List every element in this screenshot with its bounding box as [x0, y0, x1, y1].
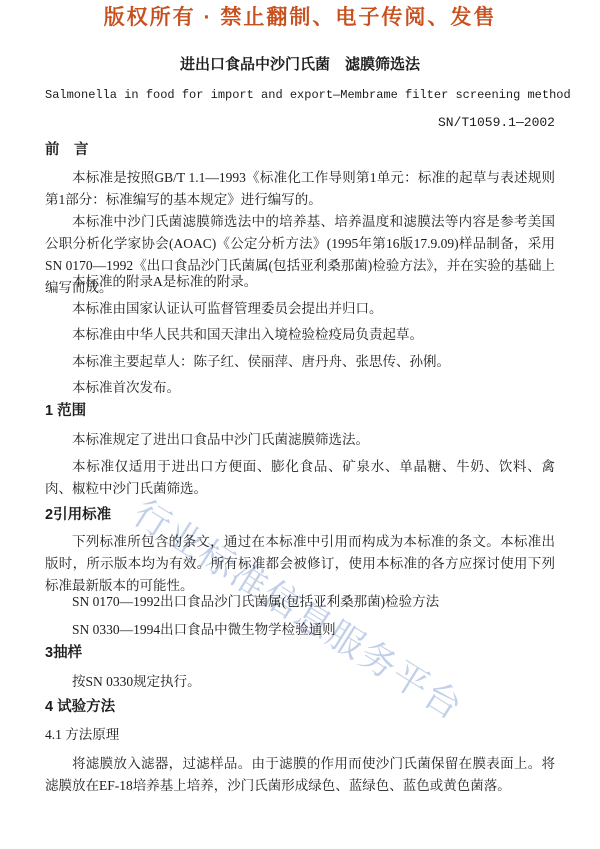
- reference-item: SN 0330—1994出口食品中微生物学检验通则: [45, 619, 555, 641]
- section-heading-sampling: 3抽样: [45, 644, 555, 662]
- foreword-paragraph: 本标准主要起草人：陈子红、侯丽萍、唐丹舟、张思传、孙俐。: [45, 351, 555, 373]
- foreword-paragraph: 本标准是按照GB/T 1.1—1993《标准化工作导则第1单元：标准的起草与表述…: [45, 167, 555, 211]
- foreword-paragraph: 本标准由国家认证认可监督管理委员会提出并归口。: [45, 298, 555, 320]
- test-method-paragraph: 将滤膜放入滤器，过滤样品。由于滤膜的作用而使沙门氏菌保留在膜表面上。将滤膜放在E…: [45, 753, 555, 797]
- section-heading-test-method: 4 试验方法: [45, 698, 555, 716]
- foreword-paragraph: 本标准的附录A是标准的附录。: [45, 271, 555, 293]
- scope-paragraph: 本标准规定了进出口食品中沙门氏菌滤膜筛选法。: [45, 429, 555, 451]
- subsection-heading-principle: 4.1 方法原理: [45, 726, 555, 744]
- foreword-paragraph: 本标准首次发布。: [45, 377, 555, 399]
- document-title-en: Salmonella in food for import and export…: [45, 88, 555, 103]
- references-paragraph: 下列标准所包含的条文，通过在本标准中引用而构成为本标准的条文。本标准出版时，所示…: [45, 531, 555, 597]
- document-page: 行业标准信息服务平台 版权所有 · 禁止翻制、电子传阅、发售 进出口食品中沙门氏…: [0, 0, 600, 849]
- scope-paragraph: 本标准仅适用于进出口方便面、膨化食品、矿泉水、单晶糖、牛奶、饮料、禽肉、椒粒中沙…: [45, 456, 555, 500]
- section-heading-references: 2引用标准: [45, 506, 555, 524]
- document-title-cn: 进出口食品中沙门氏菌 滤膜筛选法: [45, 56, 555, 74]
- sampling-paragraph: 按SN 0330规定执行。: [45, 671, 555, 693]
- standard-number: SN/T1059.1—2002: [45, 115, 555, 131]
- foreword-heading: 前 言: [45, 141, 555, 159]
- section-heading-scope: 1 范围: [45, 402, 555, 420]
- reference-item: SN 0170—1992出口食品沙门氏菌属(包括亚利桑那菌)检验方法: [45, 591, 555, 613]
- foreword-paragraph: 本标准由中华人民共和国天津出入境检验检疫局负责起草。: [45, 324, 555, 346]
- copyright-notice: 版权所有 · 禁止翻制、电子传阅、发售: [45, 5, 555, 31]
